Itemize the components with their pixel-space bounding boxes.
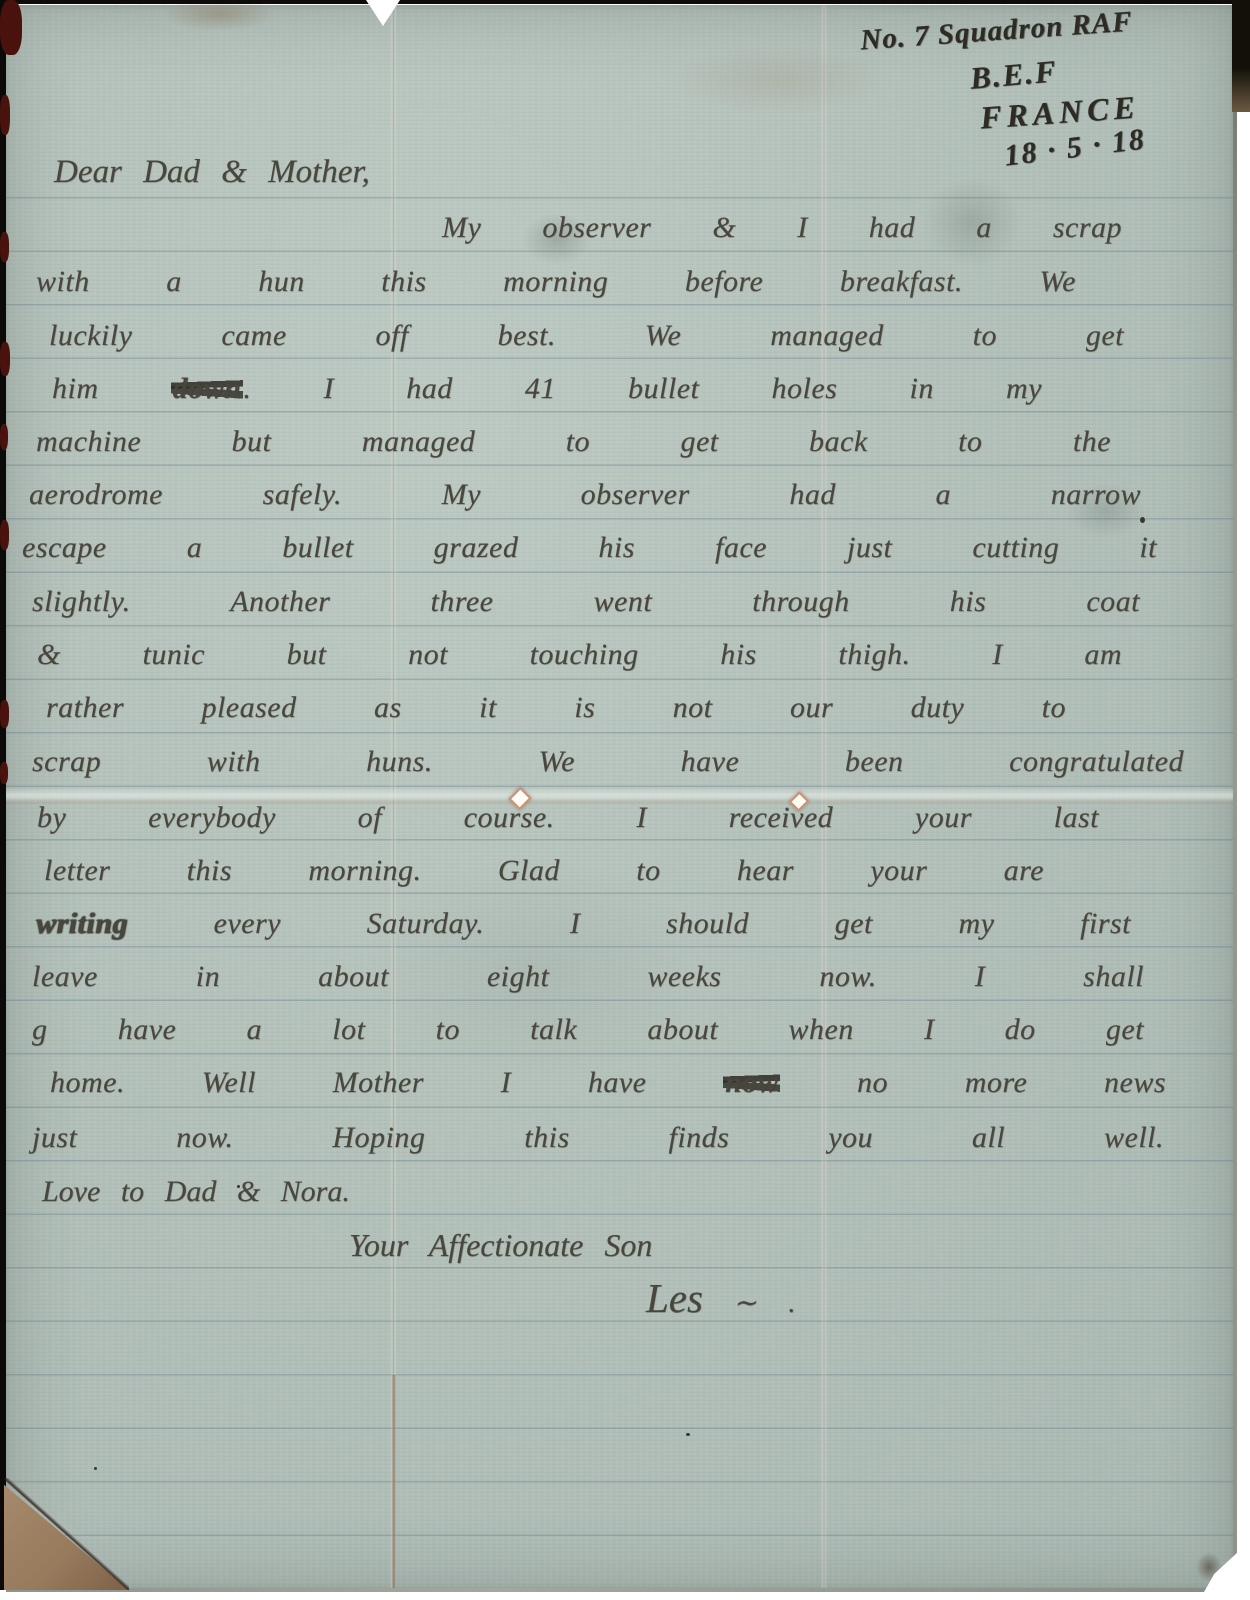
body-line-1: My observer & I had a scrap (442, 212, 1122, 244)
body-line-9: & tunic but not touching his thigh. I am (37, 639, 1122, 671)
scribbled-word-now: now (723, 1066, 780, 1099)
scribbled-word-down: down (171, 372, 244, 405)
scan-edge-top (0, 0, 1250, 4)
body-line-14-post: every Saturday. I should get my first (128, 907, 1131, 940)
body-line-16: g have a lot to talk about when I do get (32, 1014, 1144, 1046)
body-line-17-pre: home. Well Mother I have (50, 1066, 723, 1099)
overwritten-word-writing: writing (36, 907, 128, 940)
edge-mark (0, 762, 8, 784)
edge-mark (0, 342, 10, 376)
signature-name: Les (646, 1275, 703, 1321)
edge-mark (0, 232, 9, 262)
edge-mark (0, 0, 22, 55)
frayed-crease-bottom (392, 1375, 396, 1590)
body-line-12: by everybody of course. I received your … (37, 802, 1099, 834)
letterhead: No. 7 Squadron RAF B.E.F FRANCE 18 · 5 ·… (852, 11, 1212, 176)
bef-line: B.E.F (969, 53, 1059, 96)
body-line-3: luckily came off best. We managed to get (49, 320, 1124, 352)
edge-mark (0, 95, 10, 135)
body-line-19: Love to Dad & Nora. (42, 1176, 350, 1208)
squadron-line: No. 7 Squadron RAF (859, 6, 1133, 58)
body-line-6: aerodrome safely. My observer had a narr… (29, 479, 1141, 511)
ink-speck (94, 1467, 97, 1470)
body-line-10: rather pleased as it is not our duty to (46, 692, 1066, 724)
edge-mark (0, 520, 9, 550)
edge-mark (0, 700, 9, 728)
ink-speck (1140, 517, 1145, 523)
body-line-11: scrap with huns. We have been congratula… (32, 746, 1184, 778)
body-line-4-pre: him (52, 372, 171, 405)
body-line-4: him down. I had 41 bullet holes in my (52, 373, 1042, 405)
body-line-13: letter this morning. Glad to hear your a… (44, 855, 1044, 887)
body-line-17: home. Well Mother I have now no more new… (50, 1067, 1166, 1099)
scan-background-bottom (0, 1590, 1250, 1600)
signature-flourish: ∼ . (703, 1288, 801, 1319)
edge-mark (0, 424, 8, 450)
scanned-letter: No. 7 Squadron RAF B.E.F FRANCE 18 · 5 ·… (0, 0, 1250, 1600)
valediction: Your Affectionate Son (349, 1229, 652, 1263)
salutation: Dear Dad & Mother, (54, 155, 370, 190)
signature: Les∼ . (646, 1277, 801, 1320)
body-line-7: escape a bullet grazed his face just cut… (22, 532, 1157, 564)
letter-paper: No. 7 Squadron RAF B.E.F FRANCE 18 · 5 ·… (4, 5, 1235, 1590)
body-line-2: with a hun this morning before breakfast… (36, 266, 1076, 298)
body-line-14: writing every Saturday. I should get my … (36, 908, 1131, 940)
paper-stain (164, 0, 274, 31)
body-line-17-post: no more news (780, 1066, 1166, 1099)
body-line-8: slightly. Another three went through his… (32, 586, 1140, 618)
body-line-5: machine but managed to get back to the (36, 426, 1111, 458)
body-line-18: just now. Hoping this finds you all well… (32, 1122, 1164, 1154)
ink-speck (686, 1433, 690, 1436)
body-line-15: leave in about eight weeks now. I shall (32, 961, 1144, 993)
body-line-4-post: . I had 41 bullet holes in my (243, 372, 1042, 405)
scan-background-right (1235, 0, 1250, 1600)
